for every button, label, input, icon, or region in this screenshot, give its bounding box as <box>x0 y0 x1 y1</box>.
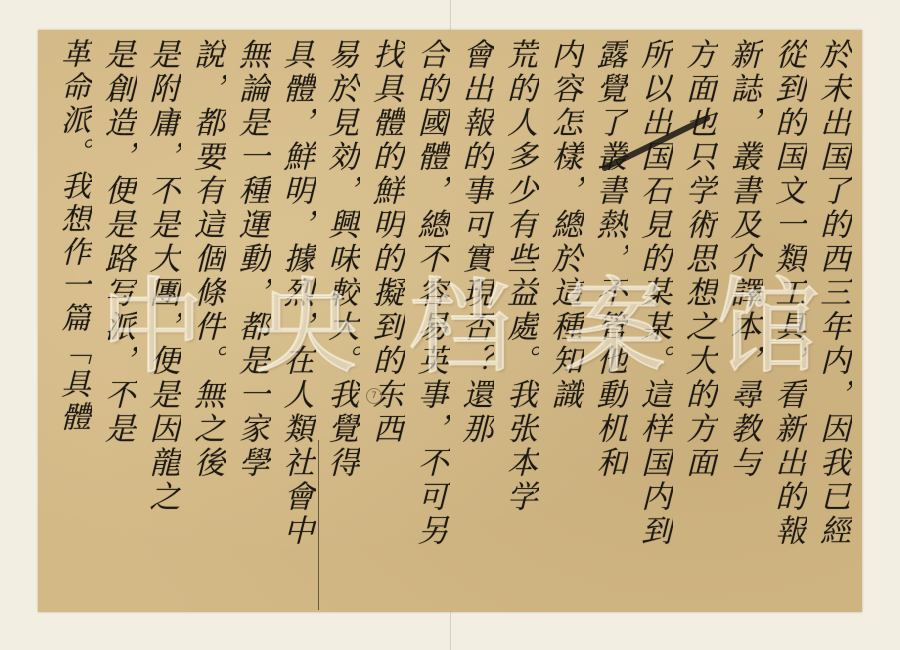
column-12: 易於見効，興味較大。我覺得 <box>320 38 360 608</box>
column-8: 荒的人多少有些益處。我张本学 <box>499 38 539 608</box>
column-3: 新誌，叢書及介譯本，尋教与 <box>723 38 763 608</box>
column-13: 具體，鮮明，據烈，在人類社會中 <box>276 38 316 608</box>
column-1: 於未出国了的西三年内，因我已經 <box>812 38 852 608</box>
column-6: 露覺了叢書熱，不管他動机和 <box>588 38 628 608</box>
column-10: 合的國體，總不容易英事，不可另 <box>410 38 450 608</box>
column-9: 會出報的事可實現否？還那 <box>454 38 494 608</box>
column-17: 是創造，便是路写派，不是 <box>97 38 137 608</box>
column-7: 内容怎樣，總於這種知識 <box>544 38 584 608</box>
column-11: 找具體的鮮明的擬到的东西 <box>365 38 405 608</box>
margin-vertical-stroke <box>318 440 319 610</box>
column-16: 是附庸，不是大團，便是因龍之 <box>141 38 181 608</box>
manuscript-page: 於未出国了的西三年内，因我已經 從到的国文一類工具，看新出的報 新誌，叢書及介譯… <box>38 30 862 612</box>
column-18: 革命派。我想作一篇「具體 <box>52 38 92 608</box>
circled-page-number: 7 <box>366 388 382 404</box>
column-5: 所以出国石見的某某。這样国内到 <box>633 38 673 608</box>
column-14: 無論是一種運動，都是一家學 <box>231 38 271 608</box>
text-columns: 於未出国了的西三年内，因我已經 從到的国文一類工具，看新出的報 新誌，叢書及介譯… <box>52 38 852 606</box>
column-2: 從到的国文一類工具，看新出的報 <box>767 38 807 608</box>
column-15: 說，都要有這個條件。無之後 <box>186 38 226 608</box>
